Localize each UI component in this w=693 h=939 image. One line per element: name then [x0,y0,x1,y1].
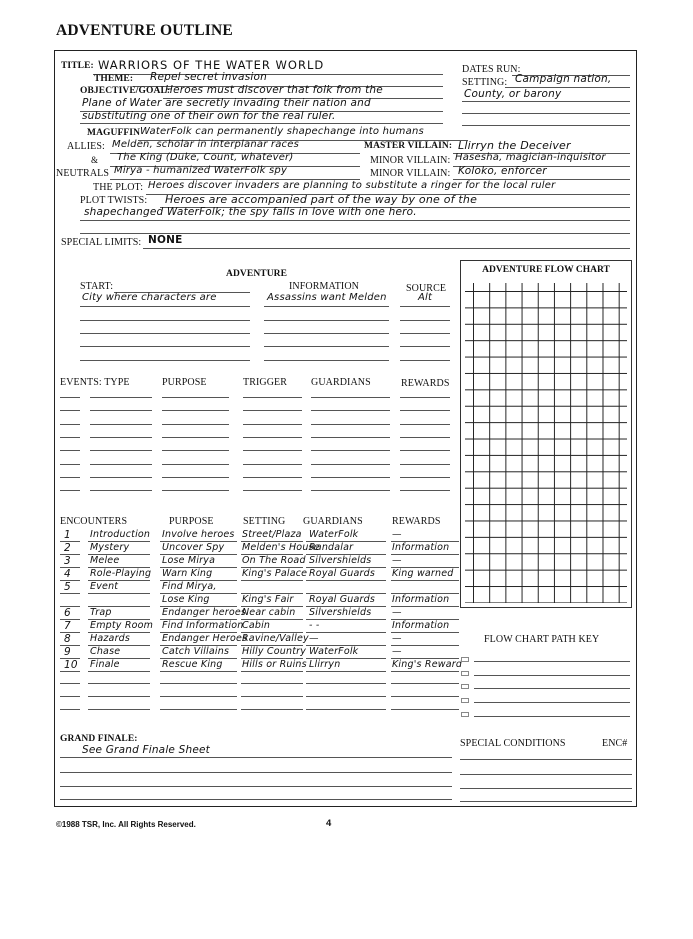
encounter-purpose[interactable]: Rescue King [162,659,223,670]
path-key-swatch [461,657,469,662]
theme-label: THEME: [94,74,133,84]
encounter-purpose[interactable]: Endanger Heroes [162,633,247,644]
encounter-setting[interactable]: Hilly Country [242,646,306,657]
events-blank-line[interactable] [60,397,80,398]
encounter-guardians[interactable]: WaterFolk [309,529,358,540]
and-label: & [91,155,98,165]
copyright: ©1988 TSR, Inc. All Rights Reserved. [56,820,196,829]
and-value[interactable]: The King (Duke, Count, whatever) [117,152,293,163]
encounter-rewards[interactable]: — [392,646,402,657]
encounter-type[interactable]: Mystery [90,542,129,553]
encounters-header: ENCOUNTERS [60,516,127,527]
encounter-guardians[interactable]: Silvershields [309,555,371,566]
neutrals-value[interactable]: Mirya - humanized WaterFolk spy [114,165,287,176]
events-blank-line[interactable] [400,437,450,438]
encounter-type[interactable]: Introduction [90,529,150,540]
events-header-type: EVENTS: TYPE [60,377,130,388]
path-key-swatch [461,712,469,717]
events-blank-line[interactable] [90,490,152,491]
events-blank-line[interactable] [90,424,152,425]
encounter-purpose[interactable]: Lose King [162,594,210,605]
events-header-purpose: PURPOSE [162,377,207,388]
events-blank-line[interactable] [90,450,152,451]
encounter-rewards[interactable]: Information [392,542,449,553]
events-blank-line[interactable] [162,424,229,425]
adventure-heading: ADVENTURE [226,269,287,279]
special-limits-label: SPECIAL LIMITS: [61,237,141,248]
path-key-line[interactable] [474,661,630,662]
encounter-setting[interactable]: On The Road [242,555,306,566]
encounter-type[interactable]: Event [90,581,118,592]
path-key-line[interactable] [474,688,630,689]
encounter-rewards[interactable]: Information [392,620,449,631]
setting-label: SETTING: [462,77,507,88]
events-blank-line[interactable] [311,477,390,478]
encounter-purpose[interactable]: Warn King [162,568,212,579]
encounter-num[interactable]: 5 [64,581,71,593]
encounter-guardians[interactable]: Randalar [309,542,353,553]
special-conditions-label: SPECIAL CONDITIONS [460,738,566,749]
neutrals-label: NEUTRALS [56,168,109,179]
events-blank-line[interactable] [243,397,302,398]
path-key-line[interactable] [474,716,630,717]
events-blank-line[interactable] [162,477,229,478]
encounters-header-guardians: GUARDIANS [303,516,363,527]
events-blank-line[interactable] [90,410,152,411]
plot-twists-line-1[interactable]: Heroes are accompanied part of the way b… [165,193,477,206]
events-blank-line[interactable] [243,424,302,425]
dates-run-label: DATES RUN: [462,64,521,75]
encounter-purpose[interactable]: Find Mirya, [162,581,217,592]
events-blank-line[interactable] [60,437,80,438]
grand-finale-value[interactable]: See Grand Finale Sheet [82,744,210,756]
encounter-rewards[interactable]: Information [392,594,449,605]
grand-finale-label: GRAND FINALE: [60,734,138,744]
encounter-setting[interactable]: King's Fair [242,594,294,605]
encounter-purpose[interactable]: Involve heroes [162,529,235,540]
path-key-line[interactable] [474,702,630,703]
path-key-swatch [461,684,469,689]
encounter-type[interactable]: Chase [90,646,120,657]
events-blank-line[interactable] [311,424,390,425]
encounter-num[interactable]: 7 [64,620,71,632]
adventure-information-value[interactable]: Assassins want Melden [267,292,387,303]
plot-label: THE PLOT: [93,182,143,193]
encounter-setting[interactable]: Ravine/Valley [242,633,309,644]
events-blank-line[interactable] [162,437,229,438]
encounter-rewards[interactable]: — [392,633,402,644]
events-blank-line[interactable] [243,410,302,411]
encounter-guardians[interactable]: WaterFolk [309,646,358,657]
start-label: START: [80,281,113,292]
encounter-purpose[interactable]: Uncover Spy [162,542,224,553]
events-blank-line[interactable] [311,490,390,491]
events-blank-line[interactable] [90,477,152,478]
events-blank-line[interactable] [311,450,390,451]
objective-label: OBJECTIVE/GOAL: [80,86,170,96]
events-blank-line[interactable] [60,410,80,411]
encounter-type[interactable]: Finale [90,659,120,670]
encounter-rewards[interactable]: King warned [392,568,454,579]
plot-value[interactable]: Heroes discover invaders are planning to… [148,180,555,191]
events-blank-line[interactable] [60,450,80,451]
flow-chart-key-title: FLOW CHART PATH KEY [484,634,599,645]
events-header-guardians: GUARDIANS [311,377,371,388]
events-blank-line[interactable] [400,450,450,451]
encounter-rewards[interactable]: — [392,555,402,566]
encounter-num[interactable]: 9 [64,646,71,658]
encounter-num[interactable]: 4 [64,568,71,580]
events-blank-line[interactable] [162,397,229,398]
encounter-setting[interactable]: Street/Plaza [242,529,302,540]
minor-villain-2-value[interactable]: Koloko, enforcer [458,165,547,177]
events-blank-line[interactable] [90,464,152,465]
events-blank-line[interactable] [162,490,229,491]
encounter-type[interactable]: Role-Playing [90,568,151,579]
events-blank-line[interactable] [60,477,80,478]
encounter-guardians[interactable]: Royal Guards [309,594,375,605]
page-title: ADVENTURE OUTLINE [56,22,233,40]
events-blank-line[interactable] [90,397,152,398]
events-blank-line[interactable] [243,477,302,478]
events-blank-line[interactable] [162,464,229,465]
adventure-start-value[interactable]: City where characters are [82,292,217,303]
path-key-swatch [461,698,469,703]
encounter-setting[interactable]: Near cabin [242,607,295,618]
plot-twists-line-2[interactable]: shapechanged WaterFolk; the spy falls in… [84,206,417,218]
path-key-line[interactable] [474,675,630,676]
special-limits-value[interactable]: NONE [148,234,182,246]
encounter-type[interactable]: Trap [90,607,112,618]
events-blank-line[interactable] [162,410,229,411]
events-blank-line[interactable] [400,424,450,425]
minor-villain-2-label: MINOR VILLAIN: [370,168,450,179]
events-blank-line[interactable] [60,424,80,425]
encounters-header-setting: SETTING [243,516,285,527]
events-blank-line[interactable] [400,397,450,398]
encounter-purpose[interactable]: Lose Mirya [162,555,215,566]
encounter-num[interactable]: 10 [64,659,78,671]
events-blank-line[interactable] [400,464,450,465]
encounter-purpose[interactable]: Endanger heroes [162,607,246,618]
events-blank-line[interactable] [243,437,302,438]
encounter-guardians[interactable]: Royal Guards [309,568,375,579]
allies-value[interactable]: Melden, scholar in interplanar races [112,139,299,150]
encounter-guardians[interactable]: Silvershields [309,607,371,618]
flow-chart-title: ADVENTURE FLOW CHART [461,265,631,275]
events-blank-line[interactable] [311,410,390,411]
encounter-setting[interactable]: King's Palace [242,568,307,579]
encounters-header-purpose: PURPOSE [169,516,214,527]
encounter-setting[interactable]: Cabin [242,620,270,631]
minor-villain-1-label: MINOR VILLAIN: [370,155,450,166]
encounter-rewards[interactable]: King's Reward [392,659,462,670]
adventure-source-value[interactable]: Alt [418,292,432,303]
plot-twists-label: PLOT TWISTS: [80,195,147,206]
encounter-type[interactable]: Melee [90,555,119,566]
encounter-guardians[interactable]: - - [309,620,319,631]
enc-number-label: ENC# [602,738,627,749]
events-blank-line[interactable] [162,450,229,451]
objective-line-3[interactable]: substituting one of their own for the re… [82,110,336,122]
maguffin-label: MAGUFFIN [87,128,140,138]
events-blank-line[interactable] [243,450,302,451]
master-villain-value[interactable]: Llirryn the Deceiver [458,139,571,152]
path-key-swatch [461,671,469,676]
title-label: TITLE: [61,61,94,71]
events-blank-line[interactable] [400,490,450,491]
encounter-type[interactable]: Empty Room [90,620,153,631]
encounter-num[interactable]: 3 [64,555,71,567]
encounter-purpose[interactable]: Catch Villains [162,646,229,657]
events-blank-line[interactable] [311,437,390,438]
events-blank-line[interactable] [400,477,450,478]
flow-chart[interactable]: ADVENTURE FLOW CHART [460,260,632,608]
events-header-rewards: REWARDS [401,378,449,389]
master-villain-label: MASTER VILLAIN: [364,141,452,151]
events-header-trigger: TRIGGER [243,377,287,388]
setting-line-2[interactable]: County, or barony [464,88,561,100]
objective-line-2[interactable]: Plane of Water are secretly invading the… [82,97,371,109]
encounter-type[interactable]: Hazards [90,633,130,644]
information-label: INFORMATION [289,281,359,292]
encounter-setting[interactable]: Hills or Ruins [242,659,307,670]
events-blank-line[interactable] [311,464,390,465]
maguffin-value[interactable]: WaterFolk can permanently shapechange in… [140,126,424,137]
objective-line-1[interactable]: Heroes must discover that folk from the [165,84,383,96]
events-blank-line[interactable] [311,397,390,398]
allies-label: ALLIES: [67,141,105,152]
setting-line-1[interactable]: Campaign nation, [515,73,611,85]
encounter-purpose[interactable]: Find Information [162,620,244,631]
title-value[interactable]: WARRIORS OF THE WATER WORLD [98,58,324,72]
encounter-num[interactable]: 2 [64,542,71,554]
encounter-num[interactable]: 1 [64,529,71,541]
flow-chart-grid[interactable] [465,283,627,603]
theme-value[interactable]: Repel secret invasion [150,71,267,83]
encounter-num[interactable]: 6 [64,607,71,619]
events-blank-line[interactable] [90,437,152,438]
events-blank-line[interactable] [60,490,80,491]
encounters-header-rewards: REWARDS [392,516,440,527]
events-blank-line[interactable] [243,490,302,491]
page-number: 4 [326,818,331,829]
encounter-guardians[interactable]: — [309,633,319,644]
encounter-rewards[interactable]: — [392,529,402,540]
minor-villain-1-value[interactable]: Hasesha, magician-inquisitor [455,152,606,163]
encounter-guardians[interactable]: Llirryn [309,659,340,670]
encounter-rewards[interactable]: — [392,607,402,618]
events-blank-line[interactable] [400,410,450,411]
events-blank-line[interactable] [60,464,80,465]
events-blank-line[interactable] [243,464,302,465]
encounter-num[interactable]: 8 [64,633,71,645]
